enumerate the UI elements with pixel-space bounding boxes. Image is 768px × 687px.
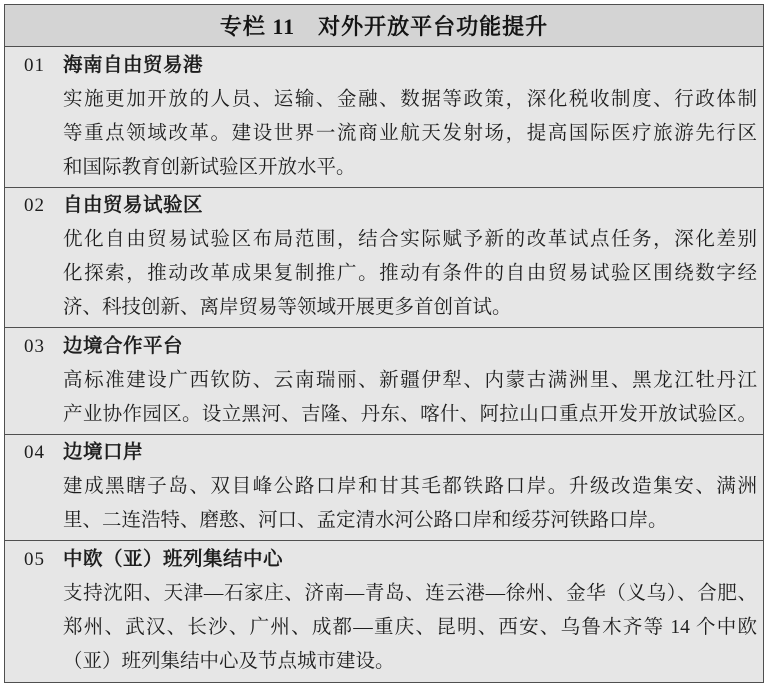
paragraph-line: （亚）班列集结中心及节点城市建设。	[63, 645, 757, 679]
section-title-row: 04 边境口岸	[24, 436, 757, 470]
panel-header: 专栏 11 对外开放平台功能提升	[5, 5, 763, 47]
paragraph-line: 化探索，推动改革成果复制推广。推动有条件的自由贸易试验区围绕数字经	[63, 257, 757, 291]
paragraph-line: 里、二连浩特、磨憨、河口、孟定清水河公路口岸和绥芬河铁路口岸。	[63, 504, 757, 538]
panel-section: 04 边境口岸 建成黑瞎子岛、双目峰公路口岸和甘其毛都铁路口岸。升级改造集安、满…	[5, 435, 763, 542]
paragraph-line: 支持沈阳、天津—石家庄、济南—青岛、连云港—徐州、金华（义乌）、合肥、	[63, 577, 757, 611]
section-title-row: 02 自由贸易试验区	[24, 189, 757, 223]
item-number: 04	[24, 436, 63, 470]
item-paragraph: 实施更加开放的人员、运输、金融、数据等政策，深化税收制度、行政体制等重点领域改革…	[63, 83, 757, 185]
paragraph-line: 实施更加开放的人员、运输、金融、数据等政策，深化税收制度、行政体制	[63, 83, 757, 117]
panel-section: 05 中欧（亚）班列集结中心 支持沈阳、天津—石家庄、济南—青岛、连云港—徐州、…	[5, 541, 763, 681]
paragraph-line: 建成黑瞎子岛、双目峰公路口岸和甘其毛都铁路口岸。升级改造集安、满洲	[63, 470, 757, 504]
item-title: 自由贸易试验区	[63, 189, 203, 223]
paragraph-line: 和国际教育创新试验区开放水平。	[63, 151, 757, 185]
item-number: 01	[24, 49, 63, 83]
panel-box: 专栏 11 对外开放平台功能提升 01 海南自由贸易港 实施更加开放的人员、运输…	[4, 4, 764, 683]
item-paragraph: 高标准建设广西钦防、云南瑞丽、新疆伊犁、内蒙古满洲里、黑龙江牡丹江产业协作园区。…	[63, 364, 757, 432]
paragraph-line: 济、科技创新、离岸贸易等领域开展更多首创首试。	[63, 291, 757, 325]
item-number: 03	[24, 330, 63, 364]
item-paragraph: 优化自由贸易试验区布局范围，结合实际赋予新的改革试点任务，深化差别化探索，推动改…	[63, 223, 757, 325]
panel-section: 02 自由贸易试验区 优化自由贸易试验区布局范围，结合实际赋予新的改革试点任务，…	[5, 188, 763, 329]
section-title-row: 03 边境合作平台	[24, 330, 757, 364]
paragraph-line: 等重点领域改革。建设世界一流商业航天发射场，提高国际医疗旅游先行区	[63, 117, 757, 151]
section-title-row: 05 中欧（亚）班列集结中心	[24, 543, 757, 577]
paragraph-line: 产业协作园区。设立黑河、吉隆、丹东、喀什、阿拉山口重点开发开放试验区。	[63, 398, 757, 432]
item-number: 02	[24, 189, 63, 223]
item-number: 05	[24, 543, 63, 577]
item-paragraph: 支持沈阳、天津—石家庄、济南—青岛、连云港—徐州、金华（义乌）、合肥、郑州、武汉…	[63, 577, 757, 679]
panel-section: 01 海南自由贸易港 实施更加开放的人员、运输、金融、数据等政策，深化税收制度、…	[5, 47, 763, 188]
panel-sections: 01 海南自由贸易港 实施更加开放的人员、运输、金融、数据等政策，深化税收制度、…	[5, 47, 763, 681]
paragraph-line: 郑州、武汉、长沙、广州、成都—重庆、昆明、西安、乌鲁木齐等 14 个中欧	[63, 611, 757, 645]
item-title: 边境口岸	[63, 436, 143, 470]
section-title-row: 01 海南自由贸易港	[24, 49, 757, 83]
panel-section: 03 边境合作平台 高标准建设广西钦防、云南瑞丽、新疆伊犁、内蒙古满洲里、黑龙江…	[5, 328, 763, 435]
paragraph-line: 高标准建设广西钦防、云南瑞丽、新疆伊犁、内蒙古满洲里、黑龙江牡丹江	[63, 364, 757, 398]
item-title: 边境合作平台	[63, 330, 183, 364]
item-title: 中欧（亚）班列集结中心	[63, 543, 283, 577]
item-title: 海南自由贸易港	[63, 49, 203, 83]
paragraph-line: 优化自由贸易试验区布局范围，结合实际赋予新的改革试点任务，深化差别	[63, 223, 757, 257]
panel-title: 专栏 11 对外开放平台功能提升	[220, 10, 548, 41]
item-paragraph: 建成黑瞎子岛、双目峰公路口岸和甘其毛都铁路口岸。升级改造集安、满洲里、二连浩特、…	[63, 470, 757, 538]
